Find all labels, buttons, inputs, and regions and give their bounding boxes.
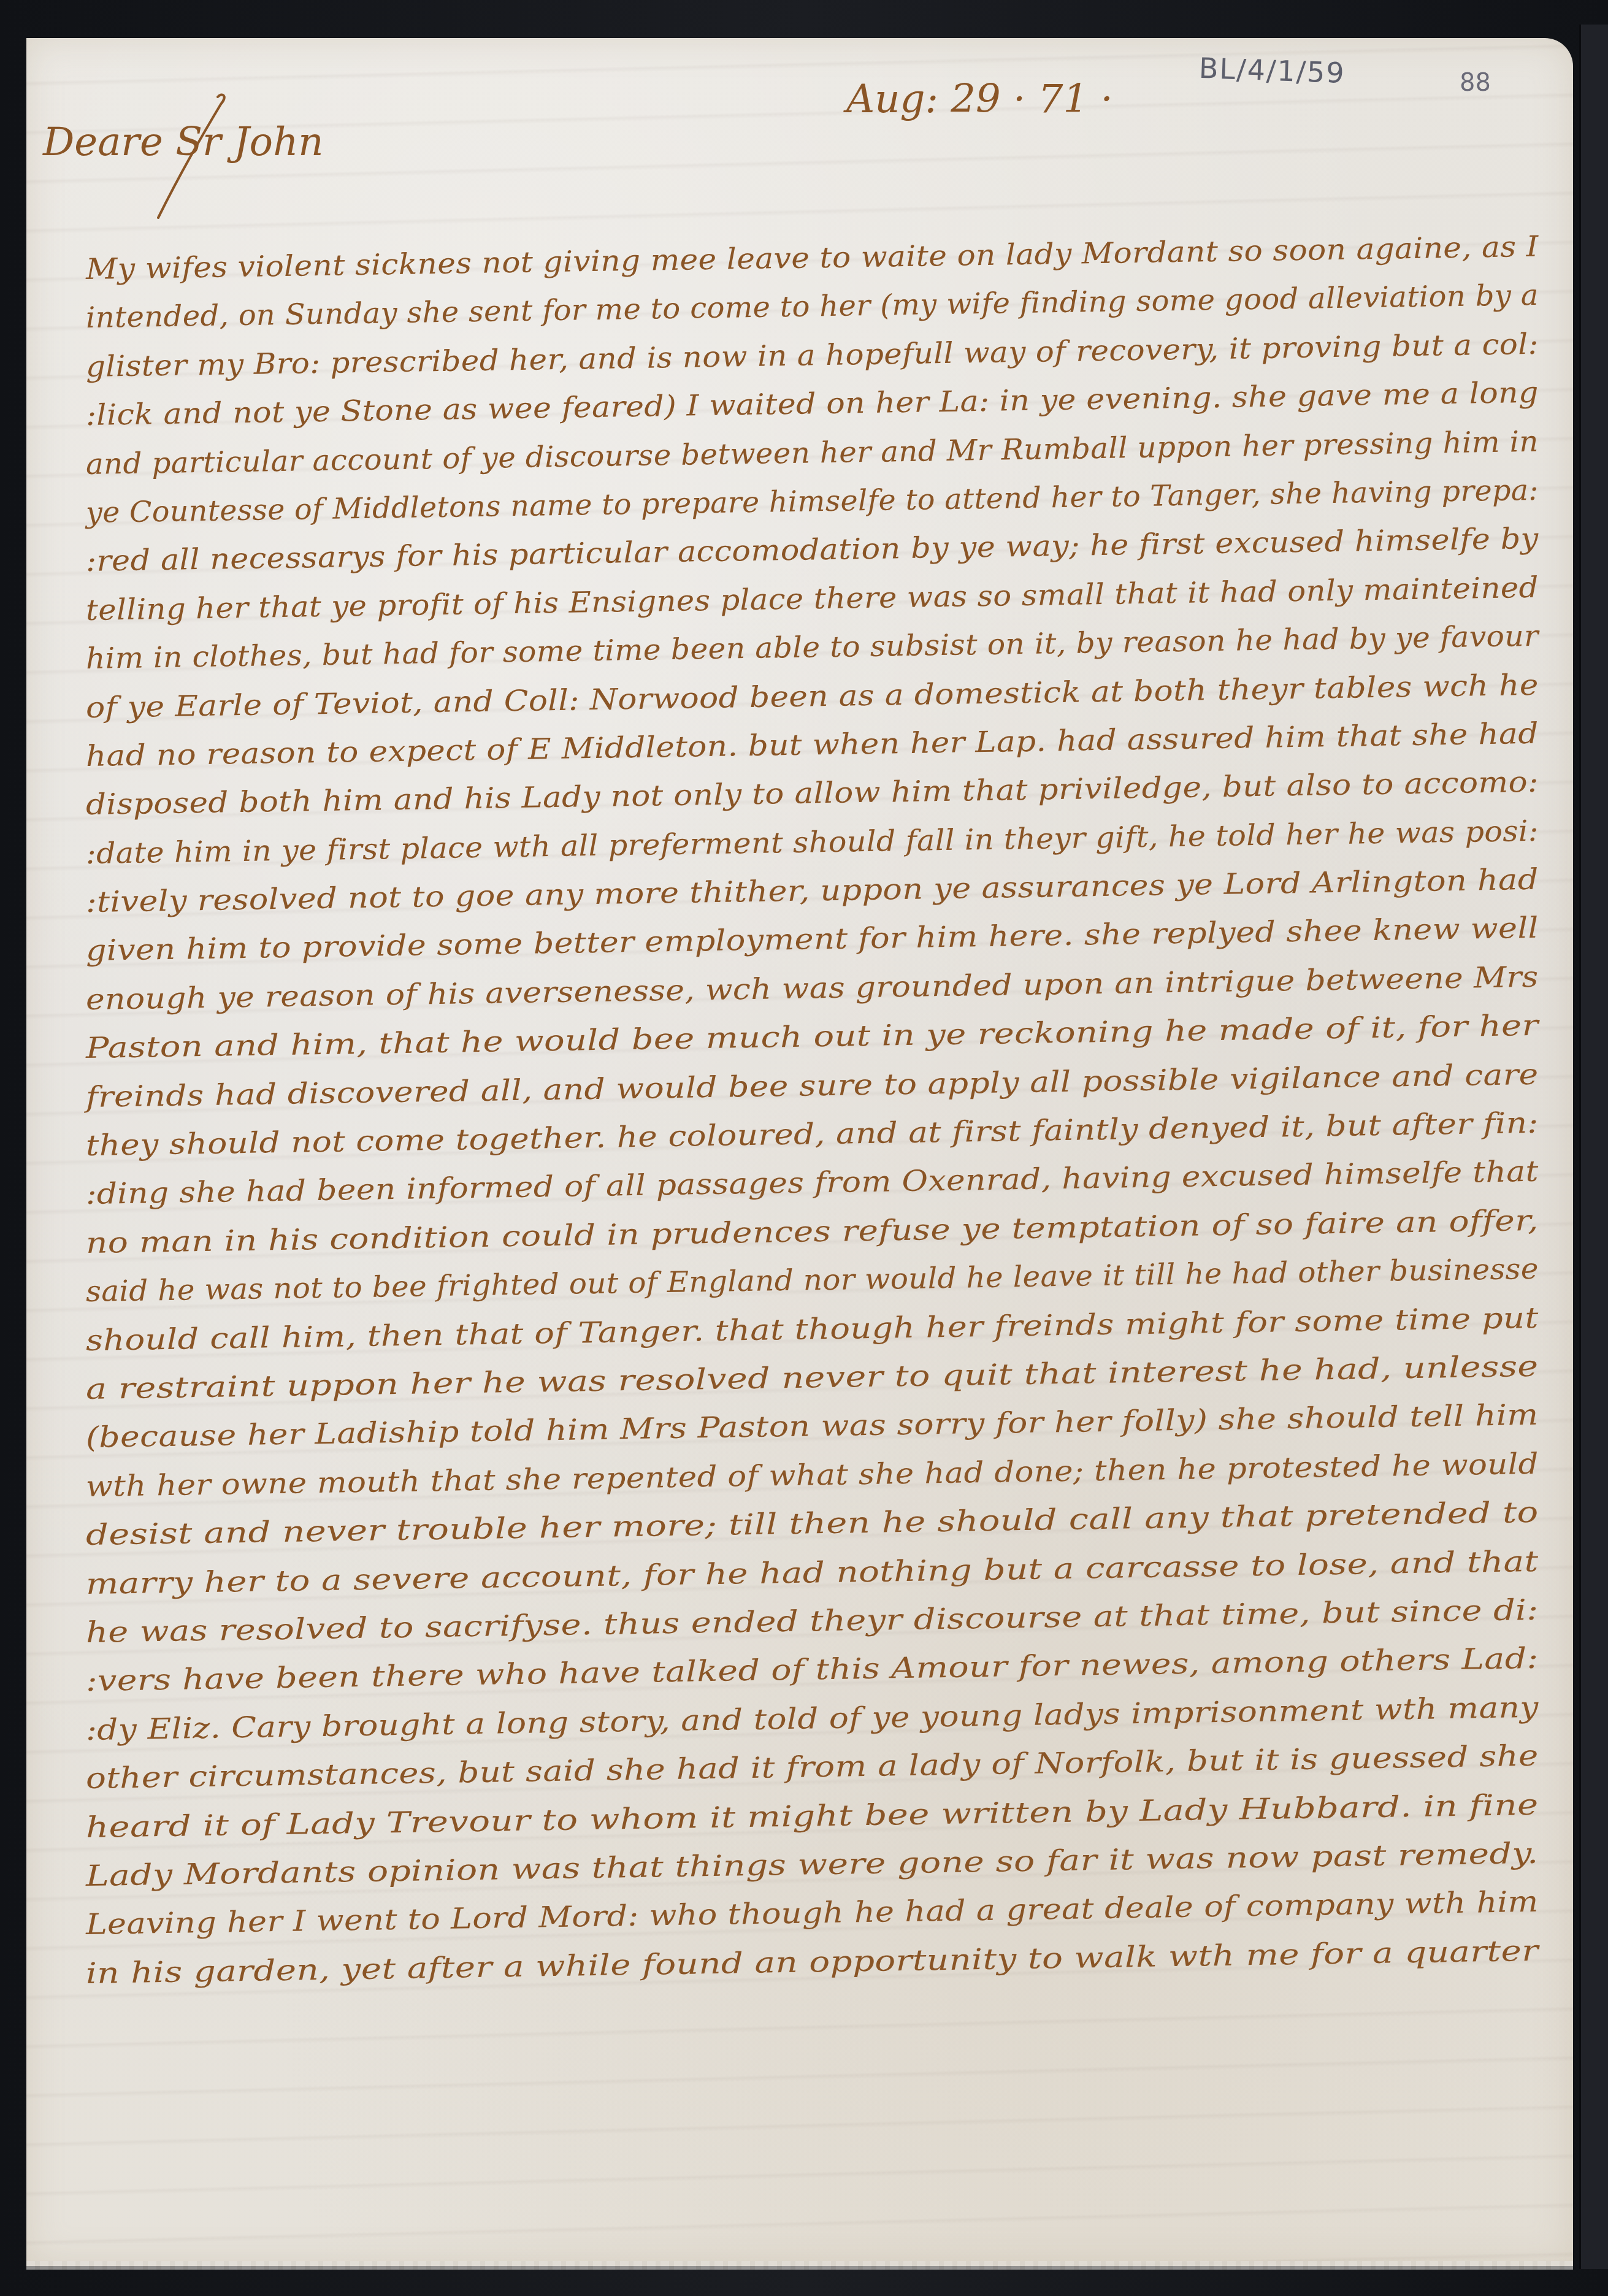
letter-body: My wifes violent sicknes not giving mee … [86, 245, 1552, 1998]
archive-reference: BL/4/1/59 [1198, 52, 1346, 90]
torn-bottom-edge [26, 2261, 1573, 2270]
salutation-flourish-icon [123, 92, 245, 227]
folio-number: 88 [1460, 69, 1491, 97]
mount-edge [1579, 25, 1608, 2269]
letter-date: Aug: 29 · 71 · [846, 77, 1113, 122]
